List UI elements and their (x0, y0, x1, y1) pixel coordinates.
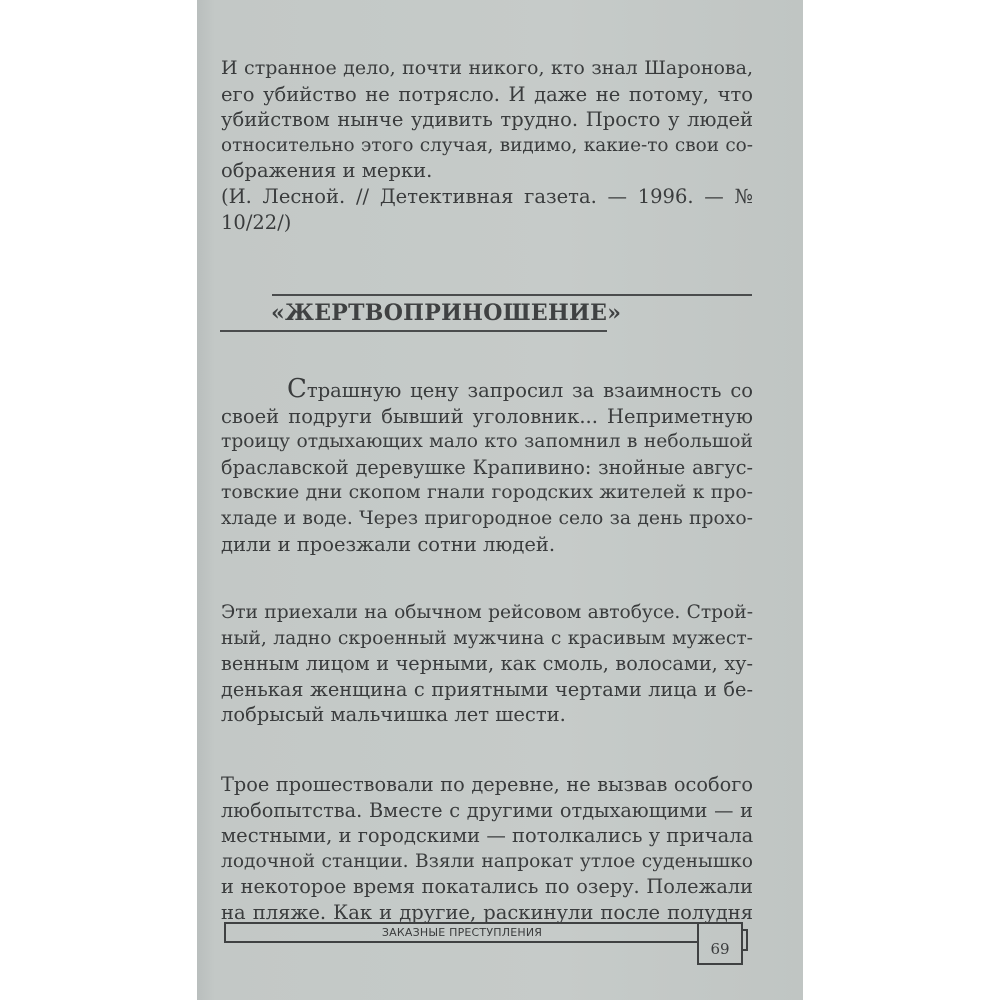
text-line: убийством нынче удивить трудно. Просто у… (221, 107, 753, 133)
text-line: лодочной станции. Взяли напрокат утлое с… (221, 849, 753, 875)
text-line: браславской деревушке Крапивино: знойные… (221, 455, 753, 481)
text-line: троицу отдыхающих мало кто запомнил в не… (221, 429, 753, 455)
text-line: товские дни скопом гнали городских жител… (221, 480, 753, 506)
text-line: своей подруги бывший уголовник... Неприм… (221, 404, 753, 430)
heading-rule-top (272, 294, 752, 296)
book-page: И странное дело, почти никого, кто знал … (197, 0, 803, 1000)
page-number-tab (742, 929, 748, 951)
text-line: его убийство не потрясло. И даже не пото… (221, 82, 753, 108)
text-line: ный, ладно скроенный мужчина с красивым … (221, 626, 753, 652)
text-line-rest: трашную цену запросил за взаимность со (307, 379, 753, 402)
citation-line: 10/22/) (221, 210, 753, 236)
paragraph-1: Страшную цену запросил за взаимность со … (221, 377, 753, 557)
citation-line: (И. Лесной. // Детективная газета. — 199… (221, 184, 753, 210)
running-title: ЗАКАЗНЫЕ ПРЕСТУПЛЕНИЯ (226, 926, 698, 939)
paragraph-2: Эти приехали на обычном рейсовом автобус… (221, 600, 753, 728)
text-line: Страшную цену запросил за взаимность со (221, 377, 753, 404)
running-footer-bar: ЗАКАЗНЫЕ ПРЕСТУПЛЕНИЯ (224, 922, 698, 943)
text-line: И странное дело, почти никого, кто знал … (221, 56, 753, 82)
paragraph-3: Трое прошествовали по деревне, не вызвав… (221, 772, 753, 926)
section-heading: «ЖЕРТВОПРИНОШЕНИЕ» (271, 300, 621, 326)
text-line: лобрысый мальчишка лет шести. (221, 702, 753, 728)
text-line: любопытства. Вместе с другими отдыхающим… (221, 798, 753, 824)
text-line: дили и проезжали сотни людей. (221, 532, 753, 558)
quote-paragraph: И странное дело, почти никого, кто знал … (221, 56, 753, 235)
text-line: Трое прошествовали по деревне, не вызвав… (221, 772, 753, 798)
text-line: венным лицом и черными, как смоль, волос… (221, 651, 753, 677)
text-line: денькая женщина с приятными чертами лица… (221, 677, 753, 703)
text-line: местными, и городскими — потолкались у п… (221, 823, 753, 849)
text-line: Эти приехали на обычном рейсовом автобус… (221, 600, 753, 626)
text-line: относительно этого случая, видимо, какие… (221, 133, 753, 159)
page-number: 69 (697, 922, 743, 965)
heading-rule-bottom (220, 330, 607, 332)
text-line: хладе и воде. Через пригородное село за … (221, 506, 753, 532)
text-line: ображения и мерки. (221, 158, 753, 184)
drop-letter: С (287, 374, 307, 404)
text-line: и некоторое время покатались по озеру. П… (221, 874, 753, 900)
